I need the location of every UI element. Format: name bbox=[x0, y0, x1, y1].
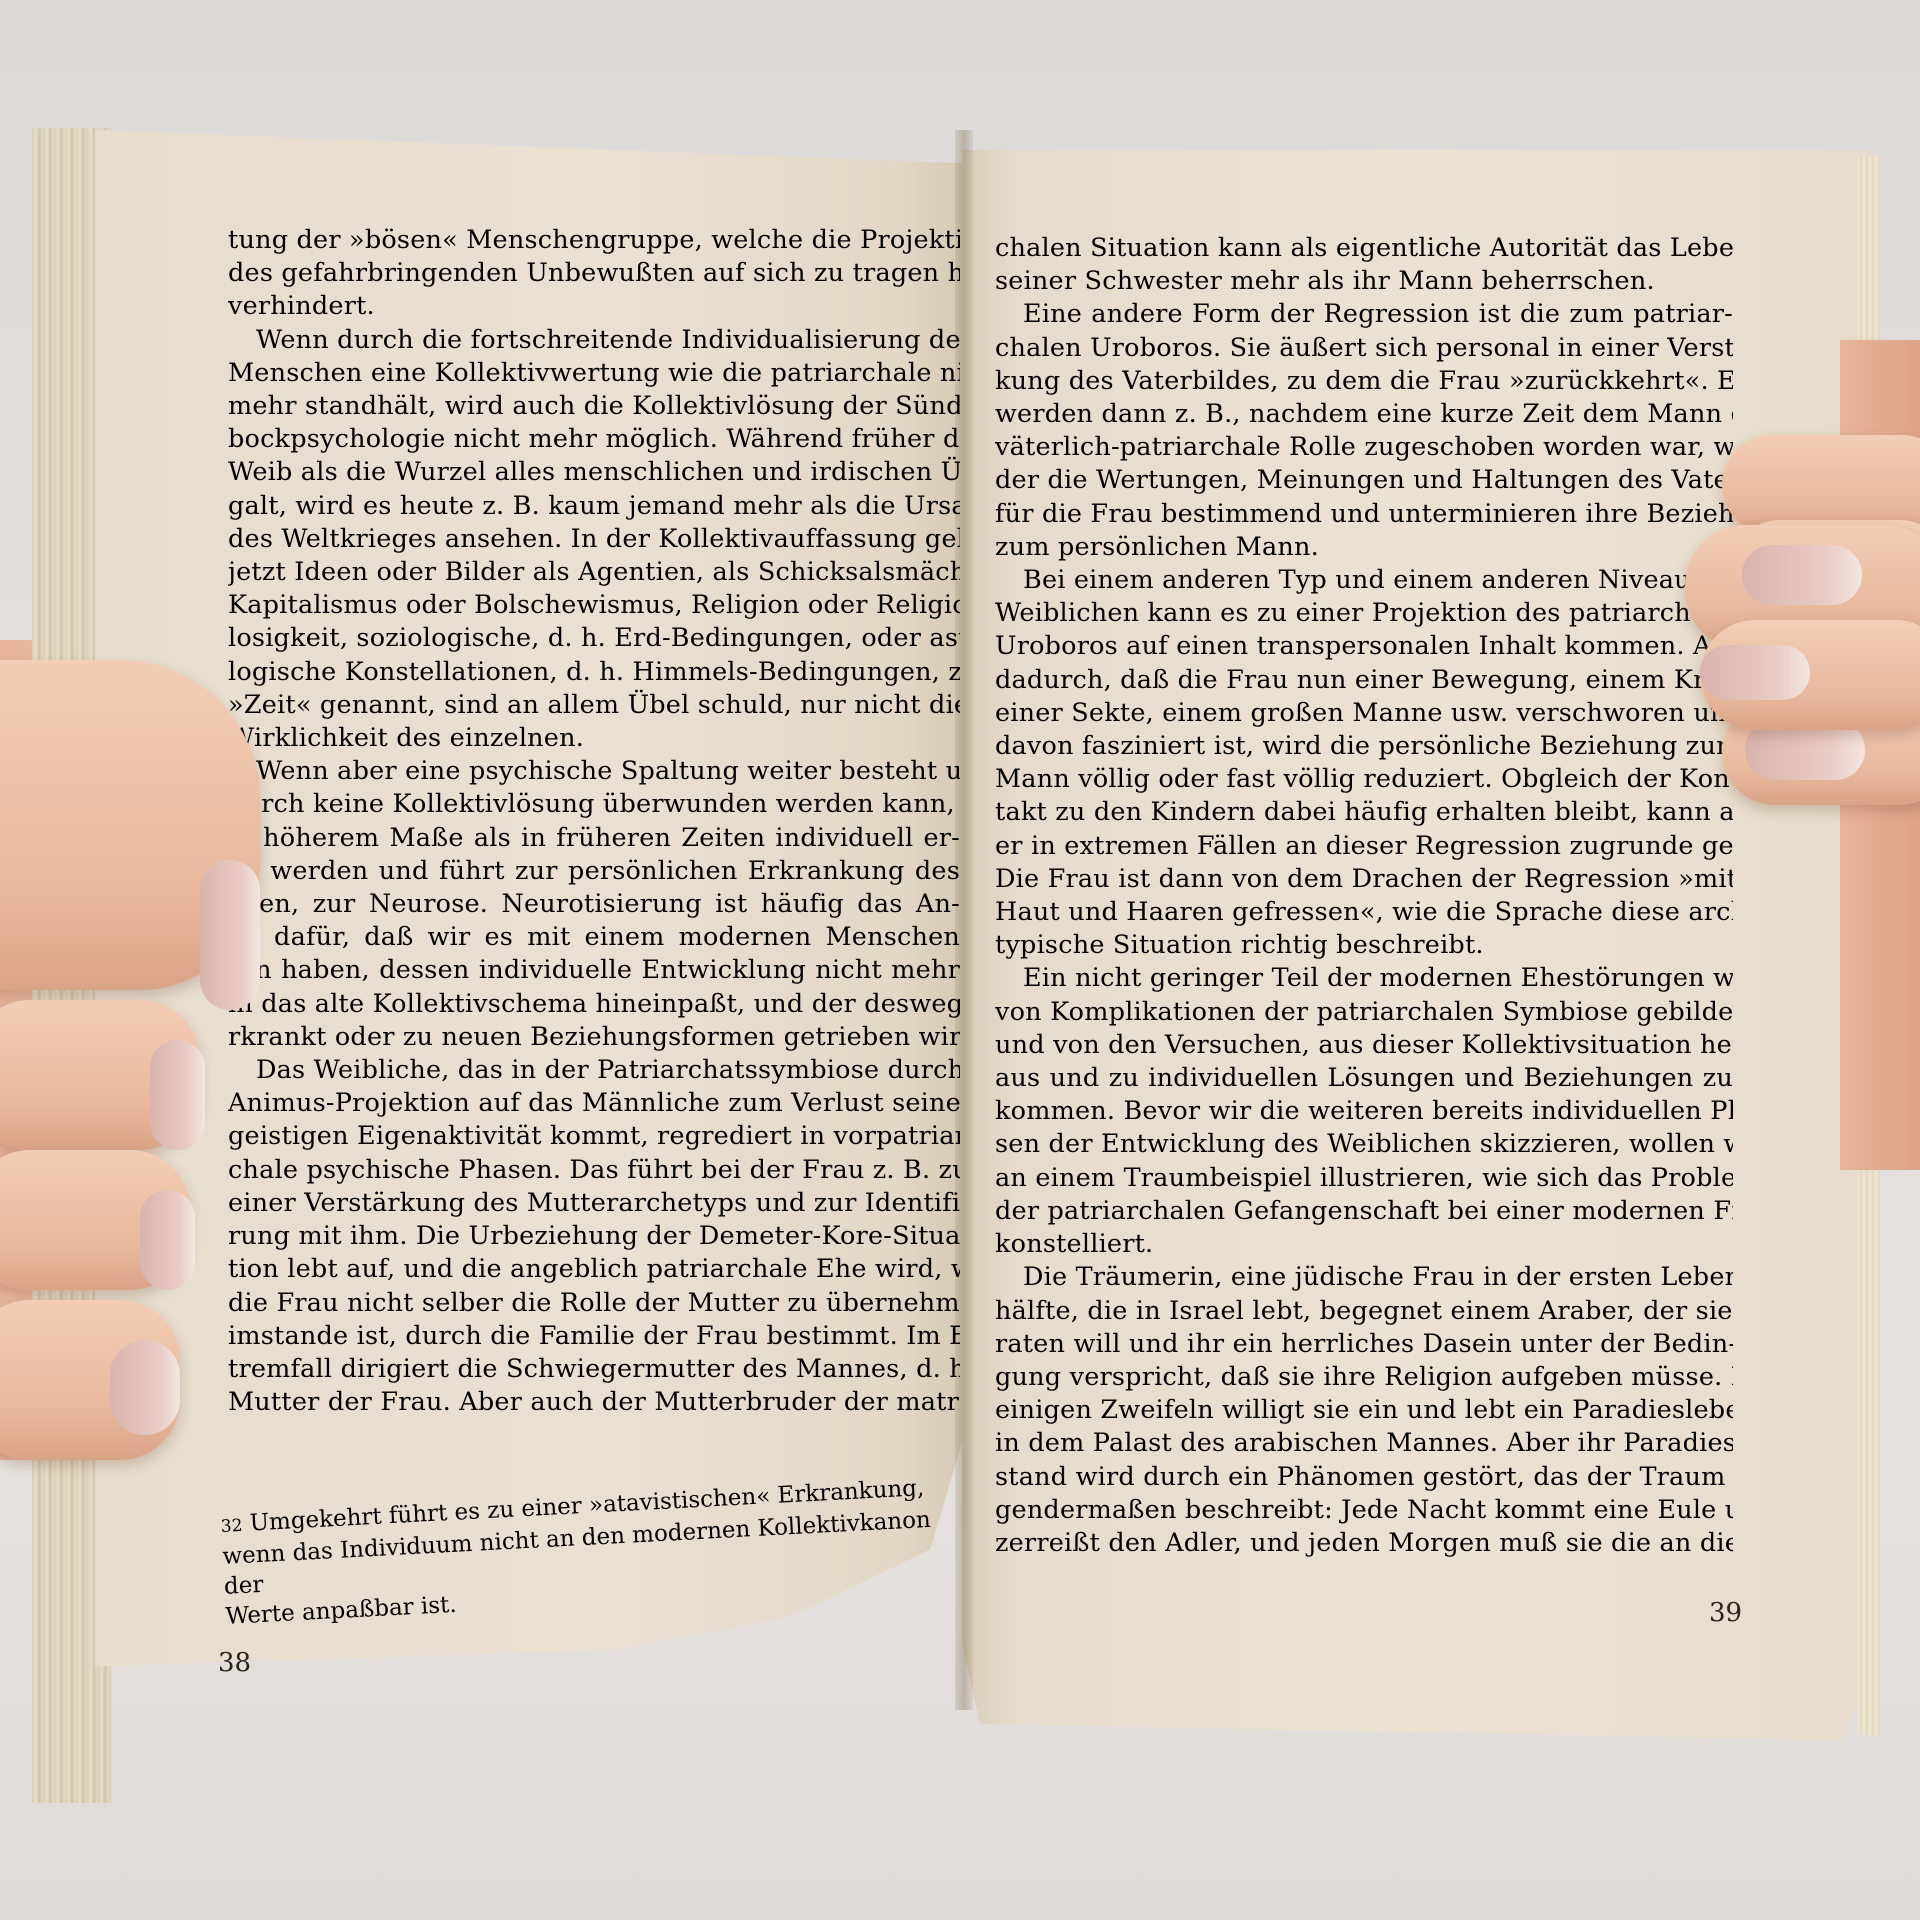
text-line: rkrankt oder zu neuen Beziehungsformen g… bbox=[228, 1021, 960, 1054]
text-line: Animus-Projektion auf das Männliche zum … bbox=[228, 1087, 960, 1120]
text-line: der patriarchalen Gefangenschaft bei ein… bbox=[995, 1195, 1733, 1228]
text-line: Wirklichkeit des einzelnen. bbox=[228, 722, 960, 755]
text-line: jetzt Ideen oder Bilder als Agentien, al… bbox=[228, 556, 960, 589]
text-line: typische Situation richtig beschreibt. bbox=[995, 929, 1733, 962]
text-line: verhindert. bbox=[228, 290, 960, 323]
open-book: tung der »bösen« Menschengruppe, welche … bbox=[0, 0, 1920, 1920]
text-line: zerreißt den Adler, und jeden Morgen muß… bbox=[995, 1527, 1733, 1560]
text-line: konstelliert. bbox=[995, 1228, 1733, 1261]
text-line: Die Träumerin, eine jüdische Frau in der… bbox=[995, 1261, 1733, 1294]
text-line: die Frau nicht selber die Rolle der Mutt… bbox=[228, 1287, 960, 1320]
text-line: imstande ist, durch die Familie der Frau… bbox=[228, 1320, 960, 1353]
text-line: Menschen eine Kollektivwertung wie die p… bbox=[228, 357, 960, 390]
text-line: gendermaßen beschreibt: Jede Nacht kommt… bbox=[995, 1494, 1733, 1527]
text-line: Das Weibliche, das in der Patriarchatssy… bbox=[228, 1054, 960, 1087]
text-line: dadurch, daß die Frau nun einer Bewegung… bbox=[995, 664, 1733, 697]
text-line: bockpsychologie nicht mehr möglich. Währ… bbox=[228, 423, 960, 456]
left-page-body: tung der »bösen« Menschengruppe, welche … bbox=[228, 224, 960, 1419]
text-line: Mann völlig oder fast völlig reduziert. … bbox=[995, 763, 1733, 796]
text-line: Eine andere Form der Regression ist die … bbox=[995, 298, 1733, 331]
text-line: in das alte Kollektivschema hineinpaßt, … bbox=[228, 988, 960, 1021]
text-line: kommen. Bevor wir die weiteren bereits i… bbox=[995, 1095, 1733, 1128]
right-page-body: chalen Situation kann als eigentliche Au… bbox=[995, 232, 1733, 1560]
text-line: sen der Entwicklung des Weiblichen skizz… bbox=[995, 1128, 1733, 1161]
text-line: »Zeit« genannt, sind an allem Übel schul… bbox=[228, 689, 960, 722]
text-line: Weib als die Wurzel alles menschlichen u… bbox=[228, 456, 960, 489]
text-line: chen, zur Neurose. Neurotisierung ist hä… bbox=[228, 888, 960, 921]
left-finger-1-nail bbox=[150, 1040, 205, 1150]
text-line: en werden und führt zur persönlichen Erk… bbox=[228, 855, 960, 888]
text-line: werden dann z. B., nachdem eine kurze Ze… bbox=[995, 398, 1733, 431]
text-line: des gefahrbringenden Unbewußten auf sich… bbox=[228, 257, 960, 290]
text-line: Wenn aber eine psychische Spaltung weite… bbox=[228, 755, 960, 788]
left-finger-3-nail bbox=[110, 1340, 180, 1435]
text-line: in dem Palast des arabischen Mannes. Abe… bbox=[995, 1427, 1733, 1460]
text-line: logische Konstellationen, d. h. Himmels-… bbox=[228, 656, 960, 689]
text-line: en dafür, daß wir es mit einem modernen … bbox=[228, 921, 960, 954]
page-number-right: 39 bbox=[1709, 1598, 1742, 1628]
text-line: chalen Situation kann als eigentliche Au… bbox=[995, 232, 1733, 265]
footnote-number: 32 bbox=[220, 1516, 243, 1537]
text-line: Die Frau ist dann von dem Drachen der Re… bbox=[995, 863, 1733, 896]
text-line: chale psychische Phasen. Das führt bei d… bbox=[228, 1154, 960, 1187]
text-line: mehr standhält, wird auch die Kollektivl… bbox=[228, 390, 960, 423]
left-thumb-nail bbox=[200, 860, 260, 1010]
text-line: zum persönlichen Mann. bbox=[995, 531, 1733, 564]
page-number-left: 38 bbox=[218, 1648, 251, 1678]
text-line: Bei einem anderen Typ und einem anderen … bbox=[995, 564, 1733, 597]
text-line: losigkeit, soziologische, d. h. Erd-Bedi… bbox=[228, 622, 960, 655]
text-line: einigen Zweifeln willigt sie ein und leb… bbox=[995, 1394, 1733, 1427]
text-line: an einem Traumbeispiel illustrieren, wie… bbox=[995, 1162, 1733, 1195]
text-line: für die Frau bestimmend und unterminiere… bbox=[995, 498, 1733, 531]
text-line: einer Verstärkung des Mutterarchetyps un… bbox=[228, 1187, 960, 1220]
text-line: väterlich-patriarchale Rolle zugeschoben… bbox=[995, 431, 1733, 464]
text-line: tung der »bösen« Menschengruppe, welche … bbox=[228, 224, 960, 257]
left-finger-2-nail bbox=[140, 1190, 195, 1290]
text-line: einer Sekte, einem großen Manne usw. ver… bbox=[995, 697, 1733, 730]
text-line: galt, wird es heute z. B. kaum jemand me… bbox=[228, 490, 960, 523]
text-line: Kapitalismus oder Bolschewismus, Religio… bbox=[228, 589, 960, 622]
text-line: kung des Vaterbildes, zu dem die Frau »z… bbox=[995, 365, 1733, 398]
text-line: der die Wertungen, Meinungen und Haltung… bbox=[995, 464, 1733, 497]
text-line: von Komplikationen der patriarchalen Sym… bbox=[995, 996, 1733, 1029]
text-line: in höherem Maße als in früheren Zeiten i… bbox=[228, 822, 960, 855]
text-line: Wenn durch die fortschreitende Individua… bbox=[228, 324, 960, 357]
text-line: rung mit ihm. Die Urbeziehung der Demete… bbox=[228, 1220, 960, 1253]
text-line: Ein nicht geringer Teil der modernen Ehe… bbox=[995, 962, 1733, 995]
text-line: raten will und ihr ein herrliches Dasein… bbox=[995, 1328, 1733, 1361]
text-line: durch keine Kollektivlösung überwunden w… bbox=[228, 788, 960, 821]
text-line: er in extremen Fällen an dieser Regressi… bbox=[995, 830, 1733, 863]
text-line: des Weltkrieges ansehen. In der Kollekti… bbox=[228, 523, 960, 556]
text-line: Haut und Haaren gefressen«, wie die Spra… bbox=[995, 896, 1733, 929]
text-line: aus und zu individuellen Lösungen und Be… bbox=[995, 1062, 1733, 1095]
text-line: geistigen Eigenaktivität kommt, regredie… bbox=[228, 1120, 960, 1153]
text-line: seiner Schwester mehr als ihr Mann beher… bbox=[995, 265, 1733, 298]
text-line: hälfte, die in Israel lebt, begegnet ein… bbox=[995, 1295, 1733, 1328]
text-line: Weiblichen kann es zu einer Projektion d… bbox=[995, 597, 1733, 630]
text-line: davon fasziniert ist, wird die persönlic… bbox=[995, 730, 1733, 763]
text-line: Uroboros auf einen transpersonalen Inhal… bbox=[995, 630, 1733, 663]
text-line: tremfall dirigiert die Schwiegermutter d… bbox=[228, 1353, 960, 1386]
text-line: takt zu den Kindern dabei häufig erhalte… bbox=[995, 796, 1733, 829]
right-finger-5-nail bbox=[1742, 545, 1862, 605]
text-line: tion lebt auf, und die angeblich patriar… bbox=[228, 1253, 960, 1286]
text-line: und von den Versuchen, aus dieser Kollek… bbox=[995, 1029, 1733, 1062]
text-line: stand wird durch ein Phänomen gestört, d… bbox=[995, 1461, 1733, 1494]
text-line: chalen Uroboros. Sie äußert sich persona… bbox=[995, 332, 1733, 365]
text-line: gung verspricht, daß sie ihre Religion a… bbox=[995, 1361, 1733, 1394]
text-line: Mutter der Frau. Aber auch der Mutterbru… bbox=[228, 1386, 960, 1419]
right-finger-6-nail bbox=[1700, 645, 1810, 700]
text-line: tun haben, dessen individuelle Entwicklu… bbox=[228, 954, 960, 987]
